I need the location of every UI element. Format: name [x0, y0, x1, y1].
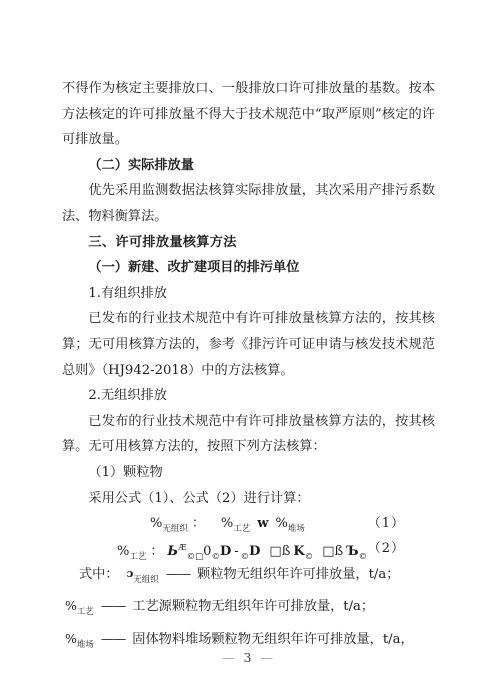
formula-glyph: □ß: [269, 544, 290, 559]
formula-operator: w: [257, 516, 268, 531]
formula-glyph: K: [293, 544, 304, 559]
legend-row: %工艺——工艺源颗粒物无组织年许可排放量，t/a；: [62, 593, 435, 625]
document-page: 不得作为核定主要排放口、一般排放口许可排放量的基数。按本方法核定的许可排放量不得…: [0, 0, 495, 699]
formula-1: %无组织：%工艺w%堆场 （1）: [62, 511, 435, 536]
formula-subscript: 堆场: [288, 524, 305, 534]
paragraph-unorganized-calc: 已发布的行业技术规范中有许可排放量核算方法的，按其核算。无可用核算方法的，按照下…: [62, 409, 435, 460]
formula-glyph: Ь: [167, 544, 178, 559]
legend-row: 式中：ɔ无组织——颗粒物无组织年许可排放量，t/a；: [62, 561, 435, 593]
formula-1-number: （1）: [368, 511, 405, 536]
formula-symbol: %: [150, 516, 162, 531]
paragraph-actual-emission: 优先采用监测数据法核算实际排放量，其次采用产排污系数法、物料衡算法。: [62, 178, 435, 229]
item-particulate-matter: （1）颗粒物: [62, 460, 435, 486]
formula-subscript: 堆场: [77, 640, 94, 650]
paragraph-organized-calc: 已发布的行业技术规范中有许可排放量核算方法的，按其核算；无可用核算方法的，参考《…: [62, 306, 435, 383]
formula-subscript: 无组织: [133, 575, 159, 585]
legend-symbol: %工艺: [65, 598, 94, 613]
formula-2-lhs: %工艺: [117, 544, 146, 559]
legend-dash: ——: [101, 632, 125, 647]
formula-symbol: %: [65, 598, 77, 613]
formula-subscript: 工艺: [77, 607, 94, 617]
legend-prefix: 式中：: [79, 567, 119, 582]
formula-glyph: □ß: [322, 544, 343, 559]
formula-legend: 式中：ɔ无组织——颗粒物无组织年许可排放量，t/a； %工艺——工艺源颗粒物无组…: [62, 561, 435, 658]
formula-glyph: D: [220, 544, 231, 559]
formula-symbol: %: [65, 631, 77, 646]
legend-text: 颗粒物无组织年许可排放量，t/a；: [197, 567, 399, 582]
formula-1-lhs: %无组织: [150, 516, 188, 531]
document-content: 不得作为核定主要排放口、一般排放口许可排放量的基数。按本方法核定的许可排放量不得…: [62, 76, 435, 658]
formula-2-number: （2）: [368, 536, 405, 561]
formula-operator: -: [234, 544, 238, 559]
formula-2: %工艺：ЬÆ©□0©D-©D□ßK©□ßЪ© （2）: [62, 536, 435, 561]
paragraph-permit-base: 不得作为核定主要排放口、一般排放口许可排放量的基数。按本方法核定的许可排放量不得…: [62, 76, 435, 153]
formula-glyph: D: [249, 544, 260, 559]
page-number-value: 3: [244, 650, 252, 665]
page-number-dash: —: [222, 650, 235, 665]
heading-new-rebuild-projects: （一）新建、改扩建项目的排污单位: [62, 255, 435, 281]
legend-dash: ——: [166, 567, 190, 582]
page-number: —3—: [0, 650, 495, 665]
heading-calc-method: 三、许可排放量核算方法: [62, 230, 435, 256]
legend-text: 工艺源颗粒物无组织年许可排放量，t/a；: [132, 599, 374, 614]
page-number-dash: —: [260, 650, 273, 665]
legend-text: 固体物料堆场颗粒物无组织年许可排放量，t/a，: [132, 632, 413, 647]
formula-glyph: Ъ: [346, 544, 358, 559]
formula-equals: ：: [150, 544, 163, 559]
item-organized-emission: 1.有组织排放: [62, 281, 435, 307]
formula-symbol: %: [275, 516, 287, 531]
legend-symbol: ɔ无组织: [127, 566, 159, 581]
formula-subscript: 工艺: [233, 524, 250, 534]
paragraph-formula-intro: 采用公式（1）、公式（2）进行计算：: [62, 486, 435, 512]
item-unorganized-emission: 2.无组织排放: [62, 383, 435, 409]
formula-equals: ：: [192, 516, 205, 531]
formula-1-term-2: %堆场: [275, 516, 304, 531]
legend-symbol: %堆场: [65, 631, 94, 646]
legend-dash: ——: [101, 599, 125, 614]
heading-actual-emission: （二）实际排放量: [62, 153, 435, 179]
formula-superscript: Æ: [178, 543, 187, 553]
formula-subscript: 无组织: [162, 524, 188, 534]
formula-symbol: %: [117, 544, 129, 559]
formula-1-term-1: %工艺: [221, 516, 250, 531]
formula-symbol: %: [221, 516, 233, 531]
